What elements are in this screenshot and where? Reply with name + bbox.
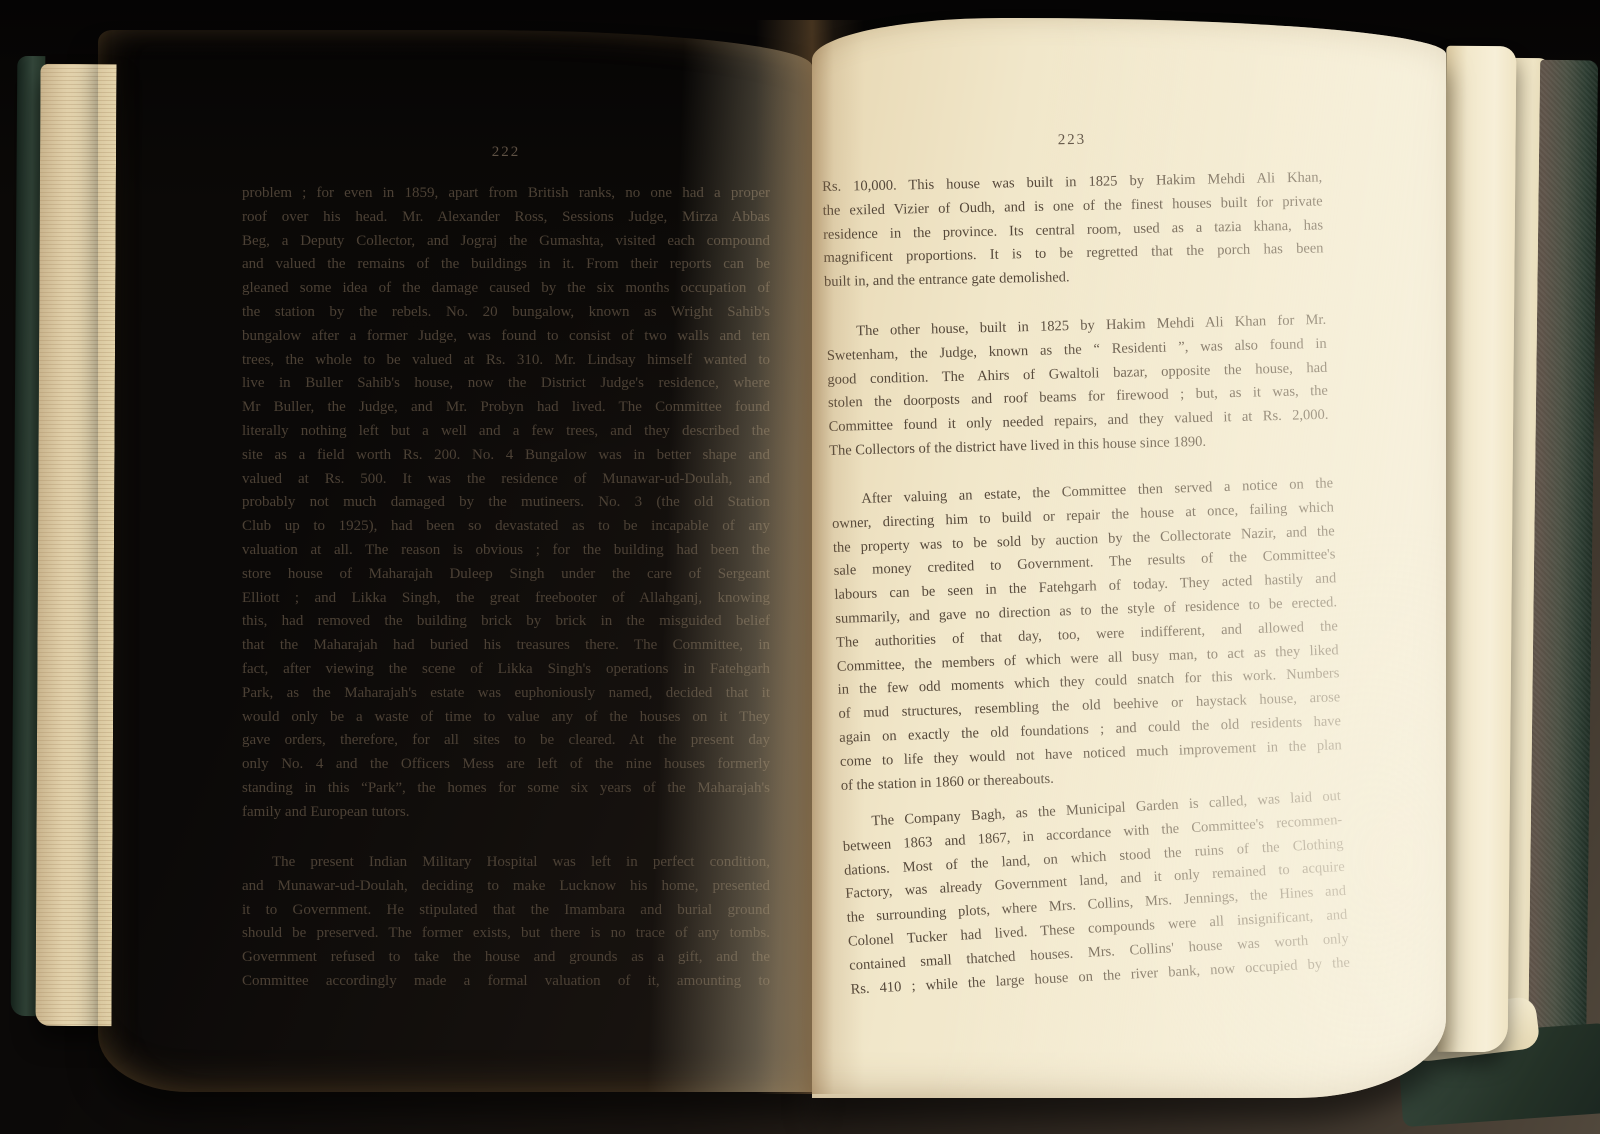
text-line: valuation at all. The reason is obvious … xyxy=(242,539,770,563)
text-line: Government refused to take the house and… xyxy=(242,946,770,970)
left-page-number: 222 xyxy=(242,144,770,161)
text-line: the station by the rebels. No. 20 bungal… xyxy=(242,301,770,325)
text-line: store house of Maharajah Duleep Singh un… xyxy=(242,563,770,587)
text-line: Beg, a Deputy Collector, and Jograj the … xyxy=(242,230,770,254)
text-line: bungalow after a former Judge, was found… xyxy=(242,325,770,349)
text-line: this, had removed the building brick by … xyxy=(242,610,770,634)
book-cover-right-edge xyxy=(1528,60,1598,1071)
text-line: problem ; for even in 1859, apart from B… xyxy=(242,182,770,206)
text-line: fact, after viewing the scene of Likka S… xyxy=(242,658,770,682)
text-line: The present Indian Military Hospital was… xyxy=(242,851,770,875)
left-page-paragraph-1: problem ; for even in 1859, apart from B… xyxy=(242,182,770,825)
text-line: gleaned some idea of the damage caused b… xyxy=(242,277,770,301)
right-page-paragraph-2: The other house, built in 1825 by Hakim … xyxy=(826,309,1329,464)
text-line: Mr Buller, the Judge, and Mr. Probyn had… xyxy=(242,396,770,420)
text-line: only No. 4 and the Officers Mess are lef… xyxy=(242,753,770,777)
right-page-paragraph-1: Rs. 10,000. This house was built in 1825… xyxy=(822,166,1324,295)
text-line: that the Maharajah had buried his treasu… xyxy=(242,634,770,658)
right-page-paragraph-4: The Company Bagh, as the Municipal Garde… xyxy=(841,785,1351,1002)
text-line: Elliott ; and Likka Singh, the great fre… xyxy=(242,587,770,611)
text-line: probably not much damaged by the mutinee… xyxy=(242,491,770,515)
text-line: it to Government. He stipulated that the… xyxy=(242,899,770,923)
text-line: Committee accordingly made a formal valu… xyxy=(242,970,770,994)
text-line: would only be a waste of time to value a… xyxy=(242,706,770,730)
text-line: should be preserved. The former exists, … xyxy=(242,922,770,946)
text-line: and Munawar-ud-Doulah, deciding to make … xyxy=(242,875,770,899)
text-line: roof over his head. Mr. Alexander Ross, … xyxy=(242,206,770,230)
text-line: and valued the remains of the buildings … xyxy=(242,253,770,277)
right-page-paragraph-3: After valuing an estate, the Committee t… xyxy=(831,472,1343,798)
text-line: site as a field worth Rs. 200. No. 4 Bun… xyxy=(242,444,770,468)
page-edges-right-stack xyxy=(1438,46,1517,1053)
text-line: valued at Rs. 500. It was the residence … xyxy=(242,468,770,492)
text-line: trees, the whole to be valued at Rs. 310… xyxy=(242,349,770,373)
text-line: gave orders, therefore, for all sites to… xyxy=(242,729,770,753)
text-line: live in Buller Sahib's house, now the Di… xyxy=(242,372,770,396)
text-line: literally nothing left but a well and a … xyxy=(242,420,770,444)
book-photograph: 222 223 problem ; for even in 1859, apar… xyxy=(0,0,1600,1134)
text-line: Park, as the Maharajah's estate was euph… xyxy=(242,682,770,706)
text-line: standing in this “Park”, the homes for s… xyxy=(242,777,770,801)
left-page-paragraph-2: The present Indian Military Hospital was… xyxy=(242,851,770,994)
text-line: Club up to 1925), had been so devastated… xyxy=(242,515,770,539)
text-line: family and European tutors. xyxy=(242,801,770,825)
